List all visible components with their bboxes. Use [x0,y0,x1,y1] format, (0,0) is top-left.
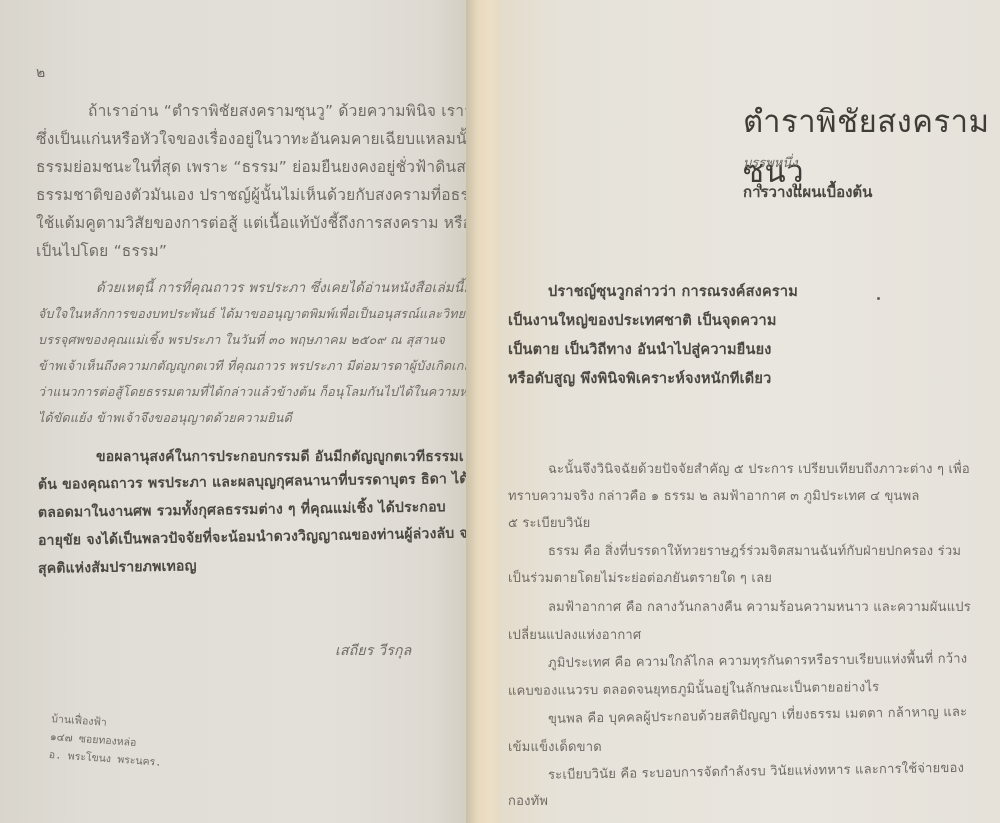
open-book-spread: ๒ ถ้าเราอ่าน “ตำราพิชัยสงครามซุนวู” ด้วย… [0,0,1000,823]
text-line: ว่าแนวการต่อสู้โดยธรรมตามที่ได้กล่าวแล้ว… [38,382,466,402]
text-line: เปลี่ยนแปลงแห่งอากาศ [508,624,641,645]
text-line: เป็นร่วมตายโดยไม่ระย่อต่อภยันตรายใด ๆ เล… [508,567,772,588]
text-line: ข้าพเจ้าเห็นถึงความกตัญญูกตเวที ที่คุณถา… [38,356,466,376]
page-number: ๒ [36,62,45,84]
text-line: ขอผลานุสงค์ในการประกอบกรรมดี อันมีกตัญญู… [96,446,464,468]
signature: เสถียร วีรกุล [335,640,411,662]
verse-line: ปราชญ์ซุนวูกล่าวว่า การณรงค์สงคราม [548,280,798,303]
text-line: ตลอดมาในงานศพ รวมทั้งกุศลธรรมต่าง ๆ ที่ค… [38,496,446,524]
text-line: แคบของแนวรบ ตลอดจนยุทธภูมินั้นอยู่ในลักษ… [508,676,880,701]
verse-line: เป็นงานใหญ่ของประเทศชาติ เป็นจุดความ [508,309,777,332]
text-line: ได้ขัดแย้ง ข้าพเจ้าจึงขออนุญาตด้วยความยิ… [38,408,292,428]
text-line: ลมฟ้าอากาศ คือ กลางวันกลางคืน ความร้อนคว… [548,596,971,617]
text-line: เป็นไปโดย “ธรรม” [36,238,167,263]
chapter-label: บรรพหนึ่ง [743,152,798,173]
right-page: ตำราพิชัยสงครามซุนวู บรรพหนึ่ง การวางแผน… [500,0,1000,823]
book-gutter [466,0,500,823]
text-line: กองทัพ [508,790,548,811]
text-line: ฉะนั้นจึงวินิจฉัยด้วยปัจจัยสำคัญ ๕ ประกา… [548,458,970,479]
text-line: ระเบียบวินัย คือ ระบอบการจัดกำลังรบ วินั… [548,757,964,785]
text-line: ด้วยเหตุนี้ การที่คุณถาวร พรประภา ซึ่งเค… [96,276,466,298]
text-line: ๕ ระเบียบวินัย [508,512,591,533]
text-line: สุคติแห่งสัมปรายภพเทอญ [38,555,197,580]
text-line: ขุนพล คือ บุคคลผู้ประกอบด้วยสติปัญญา เที… [548,701,968,729]
text-line: เข้มแข็งเด็ดขาด [508,736,602,757]
verse-line: เป็นตาย เป็นวิถีทาง อันนำไปสู่ความยืนยง [508,338,772,361]
chapter-title: การวางแผนเบื้องต้น [743,180,872,204]
address-line: อ. พระโขนง พระนคร. [48,746,162,771]
text-line: ภูมิประเทศ คือ ความใกล้ไกล ความทุรกันดาร… [548,648,968,673]
text-line: ธรรมชาติของตัวมันเอง ปราชญ์ผู้นั้นไม่เห็… [36,182,466,207]
text-line: ถ้าเราอ่าน “ตำราพิชัยสงครามซุนวู” ด้วยคว… [88,98,466,123]
text-line: อายุขัย จงได้เป็นพลวปัจจัยที่จะน้อมนำดวง… [38,522,466,552]
left-page: ๒ ถ้าเราอ่าน “ตำราพิชัยสงครามซุนวู” ด้วย… [0,0,466,823]
text-line: ธรรมย่อมชนะในที่สุด เพราะ “ธรรม” ย่อมยืน… [36,154,466,179]
text-line: จับใจในหลักการของบทประพันธ์ ได้มาขออนุญา… [38,304,466,324]
text-line: ซึ่งเป็นแก่นหรือหัวใจของเรื่องอยู่ในวาทะ… [36,126,466,151]
text-line: ทราบความจริง กล่าวคือ ๑ ธรรม ๒ ลมฟ้าอากา… [508,485,920,506]
text-line: ใช้แต้มคูตามวิสัยของการต่อสู้ แต่เนื้อแท… [36,210,466,235]
text-line: ต้น ของคุณถาวร พรประภา และผลบุญกุศลนานาท… [38,468,466,496]
text-line: ธรรม คือ สิ่งที่บรรดาให้ทวยราษฎร์ร่วมจิต… [548,540,961,561]
speck [877,297,880,300]
verse-line: หรือดับสูญ พึงพินิจพิเคราะห์จงหนักทีเดีย… [508,367,771,390]
text-line: บรรจุศพของคุณแม่เชิ้ง พรประภา ในวันที่ ๓… [38,330,445,350]
